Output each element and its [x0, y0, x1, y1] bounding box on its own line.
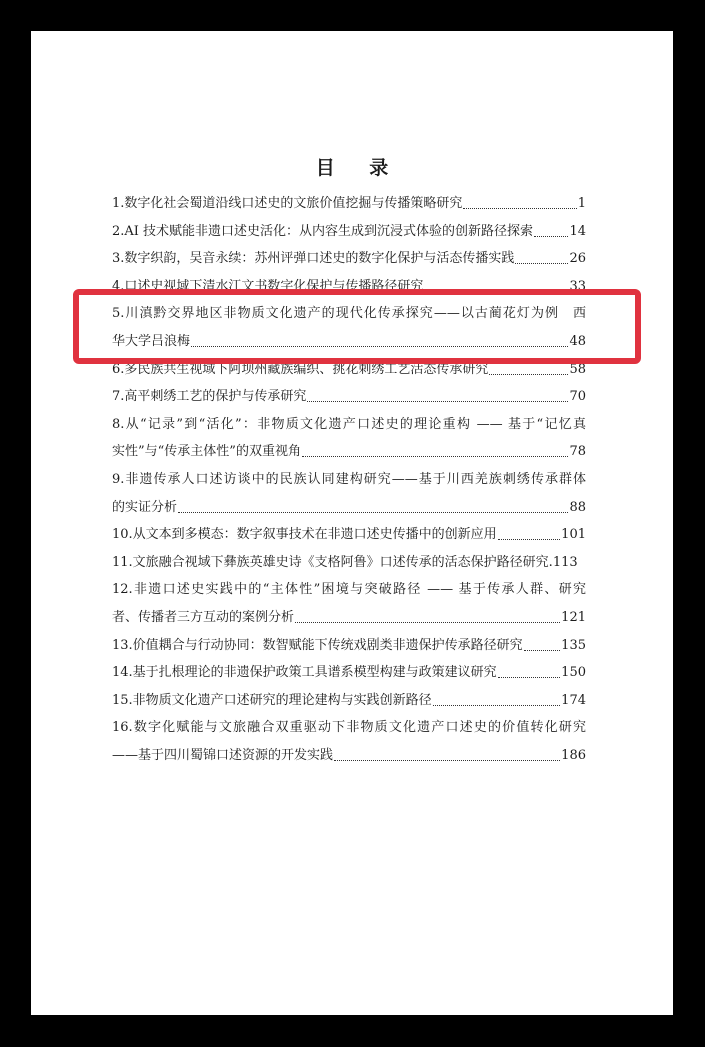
dot-leader [424, 273, 568, 301]
toc-entry-12-line-1: 12.非遗口述史实践中的“主体性”困境与突破路径 —— 基于传承人群、研究 [112, 576, 586, 604]
page-number: 88 [569, 494, 586, 522]
dot-leader [524, 632, 560, 660]
entry-title: 6.多民族共生视域下阿坝州藏族编织、挑花刺绣工艺活态传承研究 [112, 356, 488, 384]
entry-title: 2.AI 技术赋能非遗口述史活化：从内容生成到沉浸式体验的创新路径探索 [112, 218, 533, 246]
entry-title: 14.基于扎根理论的非遗保护政策工具谱系模型构建与政策建议研究 [112, 659, 497, 687]
toc-entry-7: 7.高平刺绣工艺的保护与传承研究 70 [112, 383, 586, 411]
toc-entry-9-line-1: 9.非遗传承人口述访谈中的民族认同建构研究——基于川西羌族刺绣传承群体 [112, 466, 586, 494]
entry-title: 10.从文本到多模态：数字叙事技术在非遗口述史传播中的创新应用 [112, 521, 497, 549]
toc-entry-5-line-1: 5.川滇黔交界地区非物质文化遗产的现代化传承探究——以古蔺花灯为例 西 [112, 300, 586, 328]
toc-entry-8-line-1: 8.从“记录”到“活化”：非物质文化遗产口述史的理论重构 —— 基于“记忆真 [112, 411, 586, 439]
page-number: 121 [561, 604, 586, 632]
dot-leader [334, 742, 560, 770]
page-number: 113 [553, 549, 578, 577]
entry-title: 13.价值耦合与行动协同：数智赋能下传统戏剧类非遗保护传承路径研究 [112, 632, 523, 660]
entry-title: 3.数字织韵，吴音永续：苏州评弹口述史的数字化保护与活态传播实践 [112, 245, 514, 273]
toc-entry-1: 1.数字化社会蜀道沿线口述史的文旅价值挖掘与传播策略研究 1 [112, 190, 586, 218]
dot-leader [498, 659, 560, 687]
page-number: 135 [561, 632, 586, 660]
dot-leader [489, 356, 568, 384]
toc-entry-15: 15.非物质文化遗产口述研究的理论建构与实践创新路径 174 [112, 687, 586, 715]
toc-entry-4: 4.口述史视域下清水江文书数字化保护与传播路径研究 33 [112, 273, 586, 301]
toc-entry-13: 13.价值耦合与行动协同：数智赋能下传统戏剧类非遗保护传承路径研究 135 [112, 632, 586, 660]
dot-leader [295, 604, 560, 632]
toc-entry-9-line-2: 的实证分析 88 [112, 494, 586, 522]
dot-leader [178, 494, 568, 522]
entry-title: 8.从“记录”到“活化”：非物质文化遗产口述史的理论重构 —— 基于“记忆真 [112, 411, 586, 439]
dot-leader [515, 245, 568, 273]
toc-entry-14: 14.基于扎根理论的非遗保护政策工具谱系模型构建与政策建议研究 150 [112, 659, 586, 687]
toc-entry-8-line-2: 实性”与“传承主体性”的双重视角 78 [112, 438, 586, 466]
page-number: 1 [578, 190, 586, 218]
entry-title: 11.文旅融合视域下彝族英雄史诗《支格阿鲁》口述传承的活态保护路径研究. [112, 549, 553, 577]
entry-title: 12.非遗口述史实践中的“主体性”困境与突破路径 —— 基于传承人群、研究 [112, 576, 586, 604]
entry-title-continued: 者、传播者三方互动的案例分析 [112, 604, 294, 632]
dot-leader [307, 383, 568, 411]
dot-leader [534, 218, 568, 246]
entry-title: 7.高平刺绣工艺的保护与传承研究 [112, 383, 306, 411]
toc-entry-10: 10.从文本到多模态：数字叙事技术在非遗口述史传播中的创新应用 101 [112, 521, 586, 549]
page-number: 48 [569, 328, 586, 356]
dot-leader [433, 687, 560, 715]
entry-title: 4.口述史视域下清水江文书数字化保护与传播路径研究 [112, 273, 423, 301]
dot-leader [463, 190, 576, 218]
page-number: 101 [561, 521, 586, 549]
entry-title: 9.非遗传承人口述访谈中的民族认同建构研究——基于川西羌族刺绣传承群体 [112, 466, 586, 494]
page-number: 14 [569, 218, 586, 246]
dot-leader [302, 438, 569, 466]
entry-title-continued: 的实证分析 [112, 494, 177, 522]
page-number: 58 [569, 356, 586, 384]
toc-title: 目 录 [31, 153, 673, 180]
toc-entry-11: 11.文旅融合视域下彝族英雄史诗《支格阿鲁》口述传承的活态保护路径研究. 113 [112, 549, 586, 577]
entry-title: 16.数字化赋能与文旅融合双重驱动下非物质文化遗产口述史的价值转化研究 [112, 714, 586, 742]
page-number: 174 [561, 687, 586, 715]
entry-title-continued: 华大学吕浪梅 [112, 328, 190, 356]
toc-entry-3: 3.数字织韵，吴音永续：苏州评弹口述史的数字化保护与活态传播实践 26 [112, 245, 586, 273]
page-number: 33 [569, 273, 586, 301]
toc-entry-5-line-2: 华大学吕浪梅 48 [112, 328, 586, 356]
table-of-contents: 1.数字化社会蜀道沿线口述史的文旅价值挖掘与传播策略研究 1 2.AI 技术赋能… [112, 190, 586, 769]
toc-entry-6: 6.多民族共生视域下阿坝州藏族编织、挑花刺绣工艺活态传承研究 58 [112, 356, 586, 384]
page-number: 26 [569, 245, 586, 273]
entry-title-continued: ——基于四川蜀锦口述资源的开发实践 [112, 742, 333, 770]
entry-title: 5.川滇黔交界地区非物质文化遗产的现代化传承探究——以古蔺花灯为例 西 [112, 300, 586, 328]
dot-leader [498, 521, 560, 549]
dot-leader [191, 328, 568, 356]
page-number: 70 [569, 383, 586, 411]
entry-title-continued: 实性”与“传承主体性”的双重视角 [112, 438, 301, 466]
toc-entry-12-line-2: 者、传播者三方互动的案例分析 121 [112, 604, 586, 632]
page-number: 78 [569, 438, 586, 466]
toc-entry-16-line-1: 16.数字化赋能与文旅融合双重驱动下非物质文化遗产口述史的价值转化研究 [112, 714, 586, 742]
page-number: 150 [561, 659, 586, 687]
page-number: 186 [561, 742, 586, 770]
document-page: 目 录 1.数字化社会蜀道沿线口述史的文旅价值挖掘与传播策略研究 1 2.AI … [31, 31, 673, 1015]
toc-entry-16-line-2: ——基于四川蜀锦口述资源的开发实践 186 [112, 742, 586, 770]
entry-title: 1.数字化社会蜀道沿线口述史的文旅价值挖掘与传播策略研究 [112, 190, 462, 218]
entry-title: 15.非物质文化遗产口述研究的理论建构与实践创新路径 [112, 687, 432, 715]
toc-entry-2: 2.AI 技术赋能非遗口述史活化：从内容生成到沉浸式体验的创新路径探索 14 [112, 218, 586, 246]
